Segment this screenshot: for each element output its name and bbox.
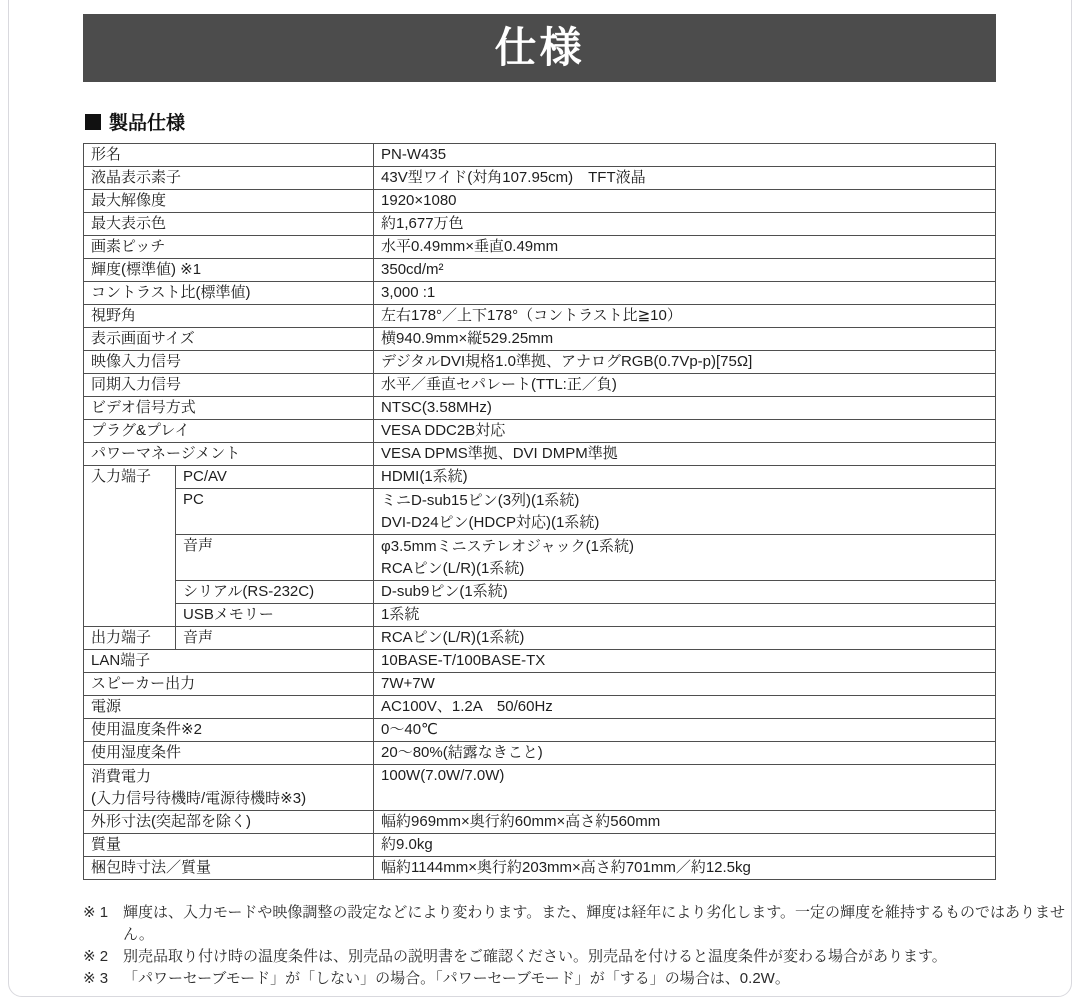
table-row: コントラスト比(標準値) 3,000 :1 xyxy=(84,282,996,305)
spec-group-label: 入力端子 xyxy=(84,466,176,627)
table-row: 電源 AC100V、1.2A 50/60Hz xyxy=(84,696,996,719)
section-heading-label: 製品仕様 xyxy=(109,108,185,135)
spec-label: パワーマネージメント xyxy=(84,443,374,466)
footnote-1: ※ 1 輝度は、入力モードや映像調整の設定などにより変わります。また、輝度は経年… xyxy=(83,902,1071,946)
table-row: 消費電力 (入力信号待機時/電源待機時※3) 100W(7.0W/7.0W) xyxy=(84,765,996,811)
table-row: 外形寸法(突起部を除く) 幅約969mm×奥行約60mm×高さ約560mm xyxy=(84,811,996,834)
spec-label: 梱包時寸法／質量 xyxy=(84,857,374,880)
title-bar: 仕様 xyxy=(83,14,996,82)
table-row: ビデオ信号方式 NTSC(3.58MHz) xyxy=(84,397,996,420)
spec-value: 3,000 :1 xyxy=(374,282,996,305)
spec-label: プラグ&プレイ xyxy=(84,420,374,443)
spec-value: PN-W435 xyxy=(374,144,996,167)
spec-label: 最大解像度 xyxy=(84,190,374,213)
table-row: スピーカー出力 7W+7W xyxy=(84,673,996,696)
spec-value: 左右178°／上下178°（コントラスト比≧10） xyxy=(374,305,996,328)
spec-value: 横940.9mm×縦529.25mm xyxy=(374,328,996,351)
spec-value: VESA DDC2B対応 xyxy=(374,420,996,443)
spec-value: 0～40℃ xyxy=(374,719,996,742)
table-row: 最大表示色 約1,677万色 xyxy=(84,213,996,236)
spec-value: D-sub9ピン(1系統) xyxy=(374,581,996,604)
spec-table: 形名 PN-W435 液晶表示素子 43V型ワイド(対角107.95cm) TF… xyxy=(83,143,996,880)
spec-value: AC100V、1.2A 50/60Hz xyxy=(374,696,996,719)
spec-value: NTSC(3.58MHz) xyxy=(374,397,996,420)
square-bullet-icon xyxy=(85,114,101,130)
spec-label: スピーカー出力 xyxy=(84,673,374,696)
spec-value: 約9.0kg xyxy=(374,834,996,857)
spec-sublabel: PC/AV xyxy=(176,466,374,489)
section-heading: 製品仕様 xyxy=(85,108,996,135)
spec-label: 形名 xyxy=(84,144,374,167)
spec-label: 消費電力 (入力信号待機時/電源待機時※3) xyxy=(84,765,374,811)
table-row: シリアル(RS-232C) D-sub9ピン(1系統) xyxy=(84,581,996,604)
spec-label-line: 消費電力 xyxy=(91,766,366,788)
document-body: 仕様 製品仕様 形名 PN-W435 液晶表示素子 43V型ワイド(対角107.… xyxy=(83,14,996,880)
spec-value: 幅約1144mm×奥行約203mm×高さ約701mm／約12.5kg xyxy=(374,857,996,880)
table-row: USBメモリー 1系統 xyxy=(84,604,996,627)
spec-label: 外形寸法(突起部を除く) xyxy=(84,811,374,834)
spec-value-line: DVI-D24ピン(HDCP対応)(1系統) xyxy=(381,512,988,534)
footnote-text: 「パワーセーブモード」が「しない」の場合。「パワーセーブモード」が「する」の場合… xyxy=(123,968,1071,990)
table-row: 同期入力信号 水平／垂直セパレート(TTL:正／負) xyxy=(84,374,996,397)
footnote-text: 別売品取り付け時の温度条件は、別売品の説明書をご確認ください。別売品を付けると温… xyxy=(123,946,1071,968)
spec-label: 画素ピッチ xyxy=(84,236,374,259)
table-row: 入力端子 PC/AV HDMI(1系統) xyxy=(84,466,996,489)
spec-label: 同期入力信号 xyxy=(84,374,374,397)
spec-sublabel: 音声 xyxy=(176,627,374,650)
table-row: 出力端子 音声 RCAピン(L/R)(1系統) xyxy=(84,627,996,650)
spec-value: VESA DPMS準拠、DVI DMPM準拠 xyxy=(374,443,996,466)
spec-sublabel: USBメモリー xyxy=(176,604,374,627)
spec-value: HDMI(1系統) xyxy=(374,466,996,489)
footnotes: ※ 1 輝度は、入力モードや映像調整の設定などにより変わります。また、輝度は経年… xyxy=(83,902,1071,990)
table-row: 画素ピッチ 水平0.49mm×垂直0.49mm xyxy=(84,236,996,259)
spec-value-line: ミニD-sub15ピン(3列)(1系統) xyxy=(381,490,988,512)
footnote-marker: ※ 1 xyxy=(83,902,123,946)
spec-label: 質量 xyxy=(84,834,374,857)
table-row: LAN端子 10BASE-T/100BASE-TX xyxy=(84,650,996,673)
spec-value: 100W(7.0W/7.0W) xyxy=(374,765,996,811)
table-row: 液晶表示素子 43V型ワイド(対角107.95cm) TFT液晶 xyxy=(84,167,996,190)
spec-group-label: 出力端子 xyxy=(84,627,176,650)
spec-label: 輝度(標準値) ※1 xyxy=(84,259,374,282)
table-row: 質量 約9.0kg xyxy=(84,834,996,857)
spec-value-line: RCAピン(L/R)(1系統) xyxy=(381,558,988,580)
spec-value: 20～80%(結露なきこと) xyxy=(374,742,996,765)
table-row: 輝度(標準値) ※1 350cd/m² xyxy=(84,259,996,282)
spec-value: 1920×1080 xyxy=(374,190,996,213)
table-row: パワーマネージメント VESA DPMS準拠、DVI DMPM準拠 xyxy=(84,443,996,466)
spec-label: 表示画面サイズ xyxy=(84,328,374,351)
table-row: 映像入力信号 デジタルDVI規格1.0準拠、アナログRGB(0.7Vp-p)[7… xyxy=(84,351,996,374)
spec-value: 350cd/m² xyxy=(374,259,996,282)
spec-value: 幅約969mm×奥行約60mm×高さ約560mm xyxy=(374,811,996,834)
spec-label: 最大表示色 xyxy=(84,213,374,236)
table-row: 形名 PN-W435 xyxy=(84,144,996,167)
spec-value: ミニD-sub15ピン(3列)(1系統) DVI-D24ピン(HDCP対応)(1… xyxy=(374,489,996,535)
spec-value: φ3.5mmミニステレオジャック(1系統) RCAピン(L/R)(1系統) xyxy=(374,535,996,581)
spec-value: デジタルDVI規格1.0準拠、アナログRGB(0.7Vp-p)[75Ω] xyxy=(374,351,996,374)
spec-label: コントラスト比(標準値) xyxy=(84,282,374,305)
spec-label: 映像入力信号 xyxy=(84,351,374,374)
spec-value: 43V型ワイド(対角107.95cm) TFT液晶 xyxy=(374,167,996,190)
table-row: PC ミニD-sub15ピン(3列)(1系統) DVI-D24ピン(HDCP対応… xyxy=(84,489,996,535)
spec-value-line: φ3.5mmミニステレオジャック(1系統) xyxy=(381,536,988,558)
spec-label: 使用温度条件※2 xyxy=(84,719,374,742)
table-row: 音声 φ3.5mmミニステレオジャック(1系統) RCAピン(L/R)(1系統) xyxy=(84,535,996,581)
spec-value: 約1,677万色 xyxy=(374,213,996,236)
spec-value: 水平／垂直セパレート(TTL:正／負) xyxy=(374,374,996,397)
page-title: 仕様 xyxy=(494,27,584,69)
footnote-3: ※ 3 「パワーセーブモード」が「しない」の場合。「パワーセーブモード」が「する… xyxy=(83,968,1071,990)
footnote-marker: ※ 2 xyxy=(83,946,123,968)
spec-value: 10BASE-T/100BASE-TX xyxy=(374,650,996,673)
table-row: 梱包時寸法／質量 幅約1144mm×奥行約203mm×高さ約701mm／約12.… xyxy=(84,857,996,880)
spec-label: ビデオ信号方式 xyxy=(84,397,374,420)
table-row: 使用湿度条件 20～80%(結露なきこと) xyxy=(84,742,996,765)
table-row: 視野角 左右178°／上下178°（コントラスト比≧10） xyxy=(84,305,996,328)
footnote-text: 輝度は、入力モードや映像調整の設定などにより変わります。また、輝度は経年により劣… xyxy=(123,902,1071,946)
spec-sublabel: PC xyxy=(176,489,374,535)
spec-label: 電源 xyxy=(84,696,374,719)
spec-value: 1系統 xyxy=(374,604,996,627)
spec-label: LAN端子 xyxy=(84,650,374,673)
spec-value: RCAピン(L/R)(1系統) xyxy=(374,627,996,650)
table-row: 使用温度条件※2 0～40℃ xyxy=(84,719,996,742)
table-row: 表示画面サイズ 横940.9mm×縦529.25mm xyxy=(84,328,996,351)
spec-value: 7W+7W xyxy=(374,673,996,696)
spec-sublabel: シリアル(RS-232C) xyxy=(176,581,374,604)
spec-label: 視野角 xyxy=(84,305,374,328)
spec-label: 液晶表示素子 xyxy=(84,167,374,190)
spec-value: 水平0.49mm×垂直0.49mm xyxy=(374,236,996,259)
table-row: 最大解像度 1920×1080 xyxy=(84,190,996,213)
spec-label: 使用湿度条件 xyxy=(84,742,374,765)
spec-label-line: (入力信号待機時/電源待機時※3) xyxy=(91,788,366,810)
footnote-2: ※ 2 別売品取り付け時の温度条件は、別売品の説明書をご確認ください。別売品を付… xyxy=(83,946,1071,968)
table-row: プラグ&プレイ VESA DDC2B対応 xyxy=(84,420,996,443)
footnote-marker: ※ 3 xyxy=(83,968,123,990)
spec-sublabel: 音声 xyxy=(176,535,374,581)
